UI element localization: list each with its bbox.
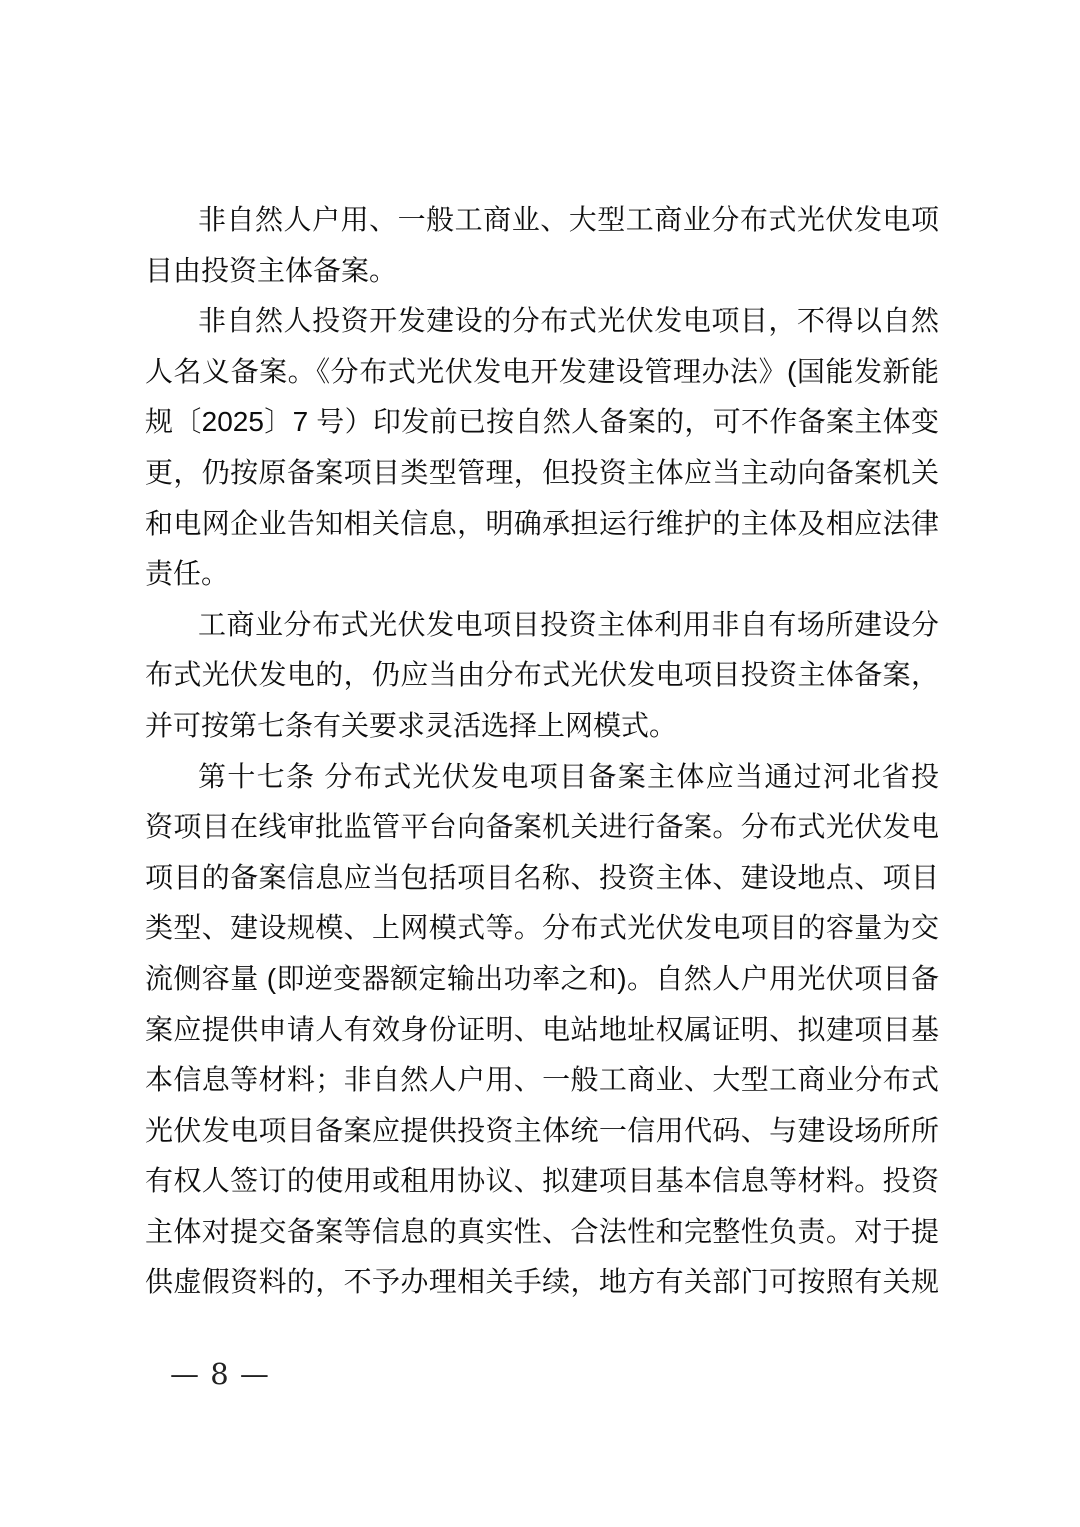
text-line: 并可按第七条有关要求灵活选择上网模式。 — [145, 701, 939, 752]
text-line: 流侧容量 (即逆变器额定输出功率之和)。自然人户用光伏项目备 — [145, 954, 939, 1005]
text-line: 第十七条 分布式光伏发电项目备案主体应当通过河北省投 — [145, 752, 939, 803]
text-line: 项目的备案信息应当包括项目名称、投资主体、建设地点、项目 — [145, 853, 939, 904]
text-line: 非自然人投资开发建设的分布式光伏发电项目，不得以自然 — [145, 296, 939, 347]
text-line: 非自然人户用、一般工商业、大型工商业分布式光伏发电项 — [145, 195, 939, 246]
text-line: 本信息等材料；非自然人户用、一般工商业、大型工商业分布式 — [145, 1055, 939, 1106]
text-line: 和电网企业告知相关信息，明确承担运行维护的主体及相应法律 — [145, 499, 939, 550]
text-line: 供虚假资料的，不予办理相关手续，地方有关部门可按照有关规 — [145, 1257, 939, 1308]
text-line: 有权人签订的使用或租用协议、拟建项目基本信息等材料。投资 — [145, 1156, 939, 1207]
text-line: 责任。 — [145, 549, 939, 600]
document-page: 非自然人户用、一般工商业、大型工商业分布式光伏发电项目由投资主体备案。非自然人投… — [0, 0, 1080, 1527]
text-line: 工商业分布式光伏发电项目投资主体利用非自有场所建设分 — [145, 600, 939, 651]
text-line: 布式光伏发电的，仍应当由分布式光伏发电项目投资主体备案， — [145, 650, 939, 701]
text-line: 案应提供申请人有效身份证明、电站地址权属证明、拟建项目基 — [145, 1005, 939, 1056]
text-line: 类型、建设规模、上网模式等。分布式光伏发电项目的容量为交 — [145, 903, 939, 954]
document-body: 非自然人户用、一般工商业、大型工商业分布式光伏发电项目由投资主体备案。非自然人投… — [145, 195, 939, 1308]
text-line: 主体对提交备案等信息的真实性、合法性和完整性负责。对于提 — [145, 1207, 939, 1258]
text-line: 资项目在线审批监管平台向备案机关进行备案。分布式光伏发电 — [145, 802, 939, 853]
text-line: 规〔2025〕7 号）印发前已按自然人备案的，可不作备案主体变 — [145, 397, 939, 448]
text-line: 目由投资主体备案。 — [145, 246, 939, 297]
text-line: 人名义备案。《分布式光伏发电开发建设管理办法》(国能发新能 — [145, 347, 939, 398]
page-number: — 8 — — [170, 1354, 270, 1394]
text-line: 更，仍按原备案项目类型管理，但投资主体应当主动向备案机关 — [145, 448, 939, 499]
text-line: 光伏发电项目备案应提供投资主体统一信用代码、与建设场所所 — [145, 1106, 939, 1157]
